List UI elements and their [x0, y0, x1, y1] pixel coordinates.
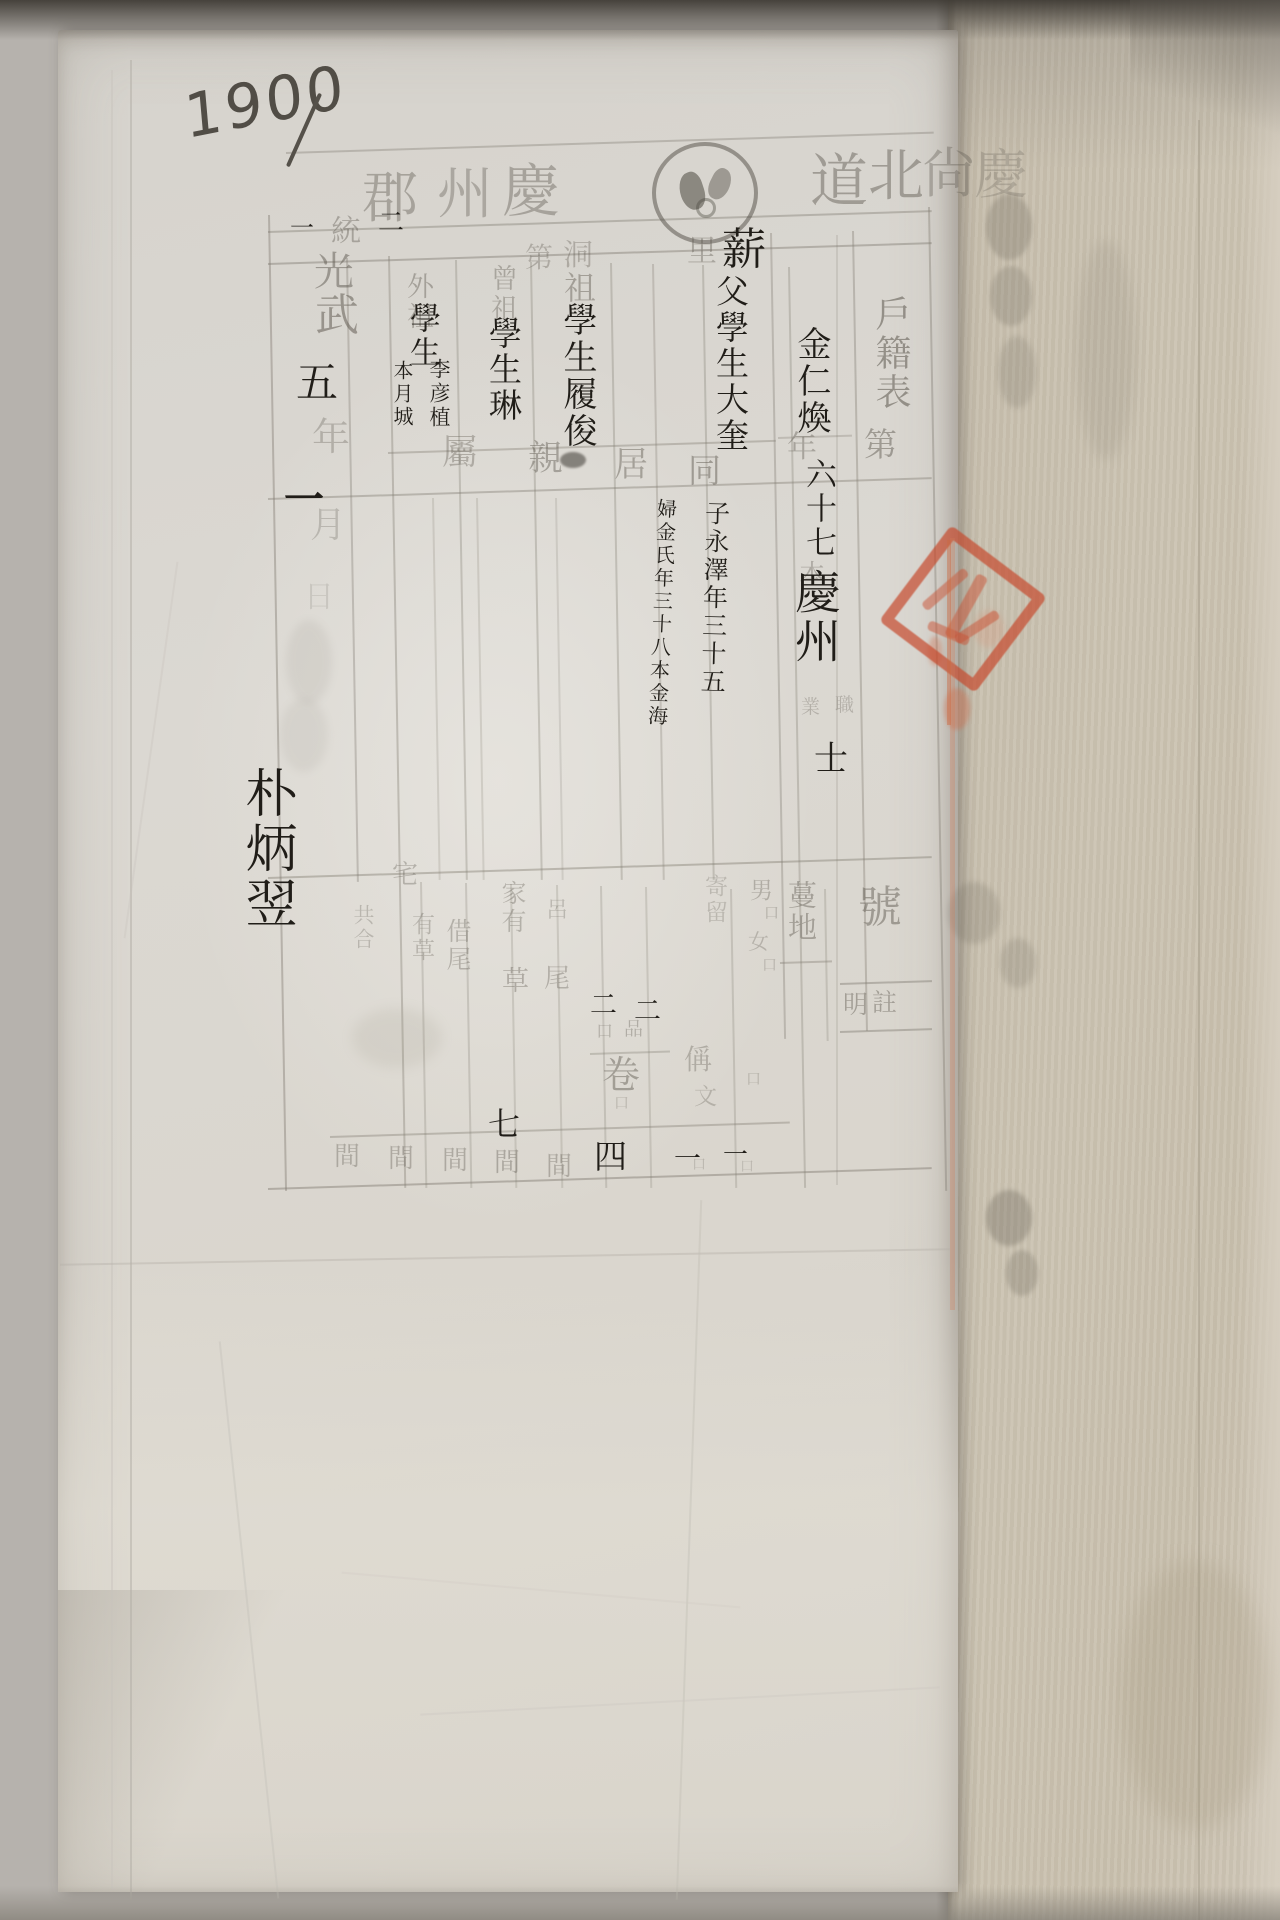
printed-character: 卷: [602, 1056, 640, 1094]
handwritten-character: 學生琳: [487, 316, 520, 424]
printed-character: 口: [764, 906, 779, 921]
handwritten-character: 五: [296, 362, 338, 404]
handwritten-character: 七: [488, 1108, 520, 1140]
printed-character: 號: [858, 886, 902, 930]
printed-character: 女: [748, 932, 769, 953]
printed-character: 戶籍表: [872, 295, 908, 412]
printed-character: 呂: [546, 900, 568, 922]
printed-character: 男: [750, 880, 773, 903]
printed-character: 口: [762, 958, 777, 973]
emblem-inner-ring: [696, 198, 716, 218]
printed-character: 間: [334, 1144, 360, 1170]
printed-character: 草: [502, 968, 529, 995]
stain-blob: [986, 194, 1032, 260]
handwritten-character: 本月城: [392, 360, 412, 429]
printed-character: 有草: [409, 912, 432, 964]
stain-blob: [1006, 1250, 1038, 1296]
printed-character: 口: [614, 1096, 629, 1111]
printed-character: 借尾: [445, 918, 470, 974]
handwritten-character: 李彦植: [428, 358, 449, 430]
printed-character: 職: [835, 696, 854, 715]
handwritten-character: 二: [634, 998, 661, 1025]
printed-character: 祖: [564, 272, 596, 304]
printed-character: 日: [304, 583, 334, 613]
handwritten-character: 士: [814, 742, 848, 776]
printed-character: 間: [494, 1150, 520, 1176]
printed-character: 曾祖: [488, 264, 515, 324]
printed-character: 州: [437, 167, 493, 223]
handwritten-character: 一: [284, 480, 324, 520]
handwritten-character: 金仁煥: [794, 326, 828, 437]
printed-character: 尾: [544, 966, 570, 992]
handwritten-character: 六十七: [802, 458, 833, 560]
printed-character: 統: [331, 217, 361, 247]
stain-blob: [560, 452, 586, 468]
printed-character: 註: [872, 990, 897, 1015]
printed-character: 寄留: [702, 874, 725, 926]
handwritten-character: 父學生大奎: [714, 274, 747, 454]
printed-character: 偁: [684, 1046, 712, 1074]
printed-character: 口: [746, 1072, 761, 1087]
printed-character: 北: [868, 149, 924, 205]
printed-character: 口: [596, 1024, 613, 1041]
stain-blob: [280, 698, 328, 772]
photo-top-shadow: [0, 0, 1280, 40]
printed-character: 宅: [392, 862, 418, 888]
printed-character: 間: [388, 1146, 414, 1172]
stain-blob: [948, 882, 1000, 944]
page-edge-red-tint-strong: [947, 540, 951, 725]
printed-character: 同: [688, 454, 721, 487]
printed-character: 洞: [563, 241, 593, 271]
printed-character: 慶: [974, 148, 1028, 202]
printed-character: 第: [525, 244, 553, 272]
stain-blob: [998, 336, 1036, 408]
printed-character: 間: [546, 1154, 572, 1180]
printed-character: 蔓地: [786, 880, 815, 944]
handwritten-character: 學生履俊: [560, 302, 594, 450]
printed-character: 年: [312, 418, 350, 456]
handwritten-character: 一: [290, 216, 314, 240]
crease-line: [130, 60, 132, 1900]
printed-character: 里: [687, 237, 717, 267]
photo-of-household-register: 慶尙北道慶州郡里洞第統戶籍表第年本職業祖曾祖外祖同居親屬光武年月日宅共合有草借尾…: [0, 0, 1280, 1920]
printed-character: 屬: [442, 436, 477, 471]
printed-character: 業: [801, 698, 820, 717]
printed-character: 武: [315, 294, 359, 338]
handwritten-character: 四: [594, 1140, 627, 1173]
printed-character: 光: [314, 252, 354, 292]
printed-character: 道: [810, 152, 868, 210]
printed-character: 共合: [352, 904, 373, 952]
stain-blob: [352, 1008, 442, 1068]
printed-character: 明: [843, 992, 868, 1017]
printed-character: 間: [442, 1148, 468, 1174]
handwritten-character: 一: [723, 1142, 748, 1167]
printed-character: 第: [864, 428, 897, 461]
handwritten-character: 子永澤年三十五: [699, 500, 729, 697]
stain-blob: [990, 266, 1032, 326]
crease-line: [111, 70, 113, 1890]
photo-topright-shadow: [1130, 0, 1280, 140]
handwritten-character: 朴炳翌: [240, 766, 292, 931]
corner-fold-shadow: [58, 1590, 288, 1892]
stain-blob: [1000, 938, 1036, 988]
photo-bottom-shadow: [0, 1886, 1280, 1920]
handwritten-character: 二: [590, 992, 617, 1019]
handwritten-character: 薪: [722, 228, 766, 272]
stain-blob: [1120, 1560, 1270, 1830]
printed-character: 慶: [502, 162, 560, 220]
printed-character: 家有: [500, 880, 525, 936]
printed-character: 文: [694, 1086, 717, 1109]
stain-blob: [286, 620, 332, 704]
handwritten-character: 二: [378, 210, 404, 236]
handwritten-character: 一: [674, 1146, 701, 1173]
handwritten-character: 慶州: [792, 568, 838, 666]
stain-blob: [986, 1190, 1032, 1246]
printed-character: 尙: [922, 147, 976, 201]
stain-blob: [1076, 240, 1136, 460]
printed-character: 居: [614, 448, 648, 482]
